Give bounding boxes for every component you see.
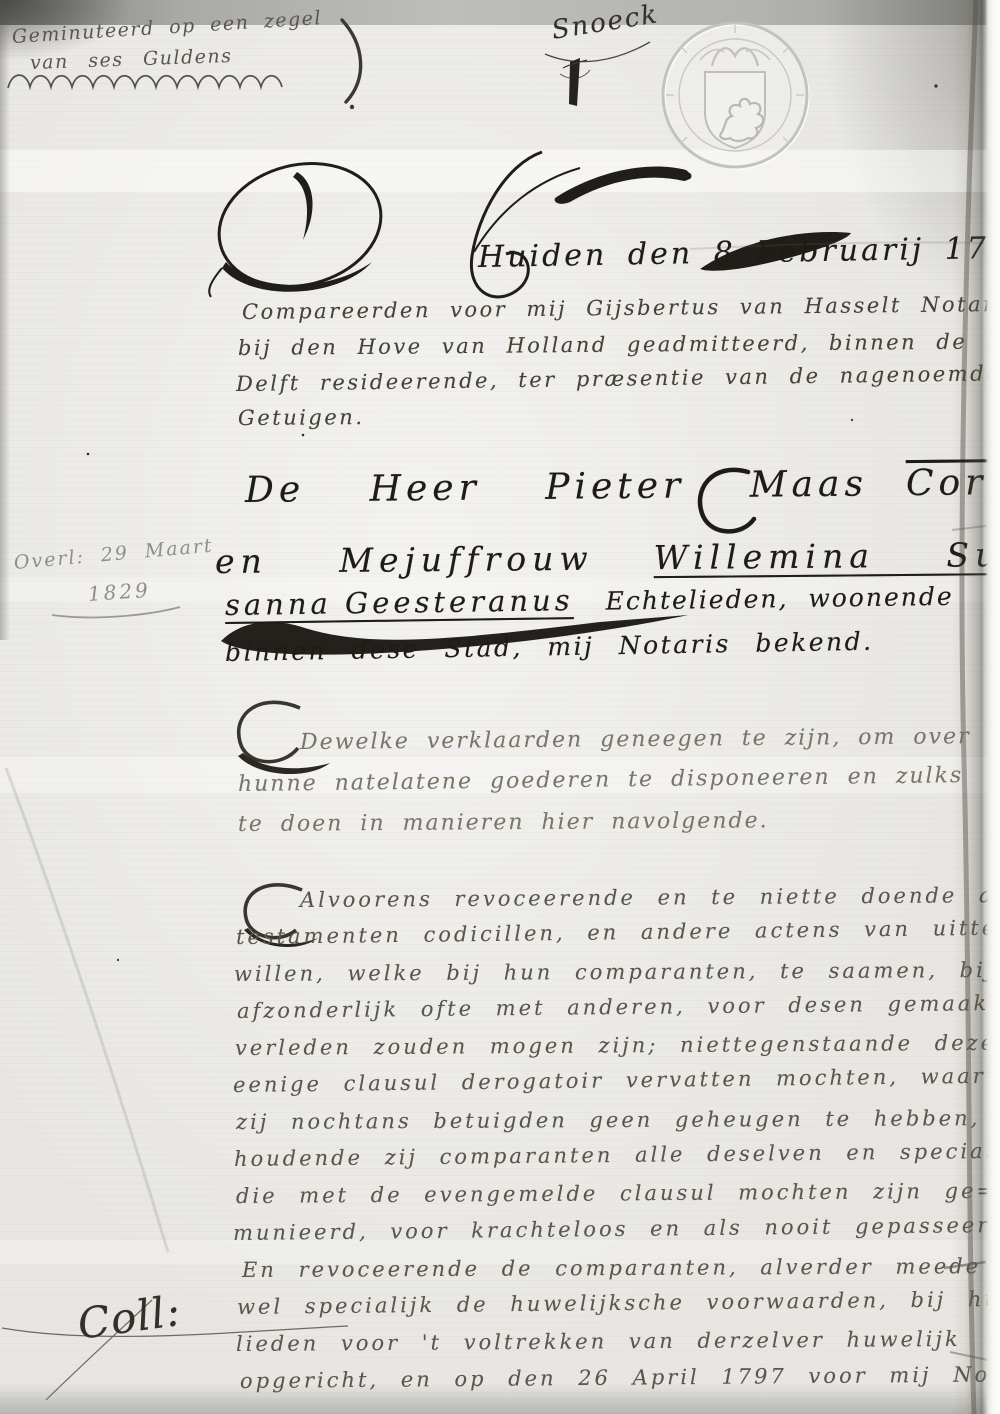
paper-right-edge <box>952 0 1000 1414</box>
scan-band-light-1 <box>0 150 1000 192</box>
paper-left-edge-shadow <box>0 0 10 640</box>
parties-line-2: en MejuffrouwWillemina Su= <box>215 535 1000 581</box>
revocation-line: En revoceerende de comparanten, alverder… <box>242 1254 981 1282</box>
intro-line: Getuigen. <box>238 405 365 430</box>
wife-name-part-2: sanna Geesteranus <box>225 583 574 622</box>
scanned-notarial-deed: Geminuteerd op een zegel van ses Guldens… <box>0 0 1000 1414</box>
parties-names: De Heer Pieter Maas <box>245 463 868 511</box>
wife-name-part-1: Willemina Su= <box>653 535 1000 577</box>
margin-death-note-line-2: 1829 <box>87 578 151 606</box>
declaration-line: te doen in manieren hier navolgende. <box>238 808 769 837</box>
parties-line-1: De Heer Pieter MaasCornz <box>245 462 1000 511</box>
revocation-line: zij nochtans betuigden geen geheugen te … <box>236 1106 980 1134</box>
revocation-line: lieden voor 't voltrekken van derzelver … <box>236 1327 961 1356</box>
revocation-line: Alvoorens revoceerende en te niette doen… <box>300 883 1000 912</box>
parties-title: en Mejuffrouw <box>215 539 594 581</box>
revocation-line: willen, welke bij hun comparanten, te sa… <box>234 958 1000 986</box>
parties-status: Echtelieden, woonende <box>605 582 953 616</box>
